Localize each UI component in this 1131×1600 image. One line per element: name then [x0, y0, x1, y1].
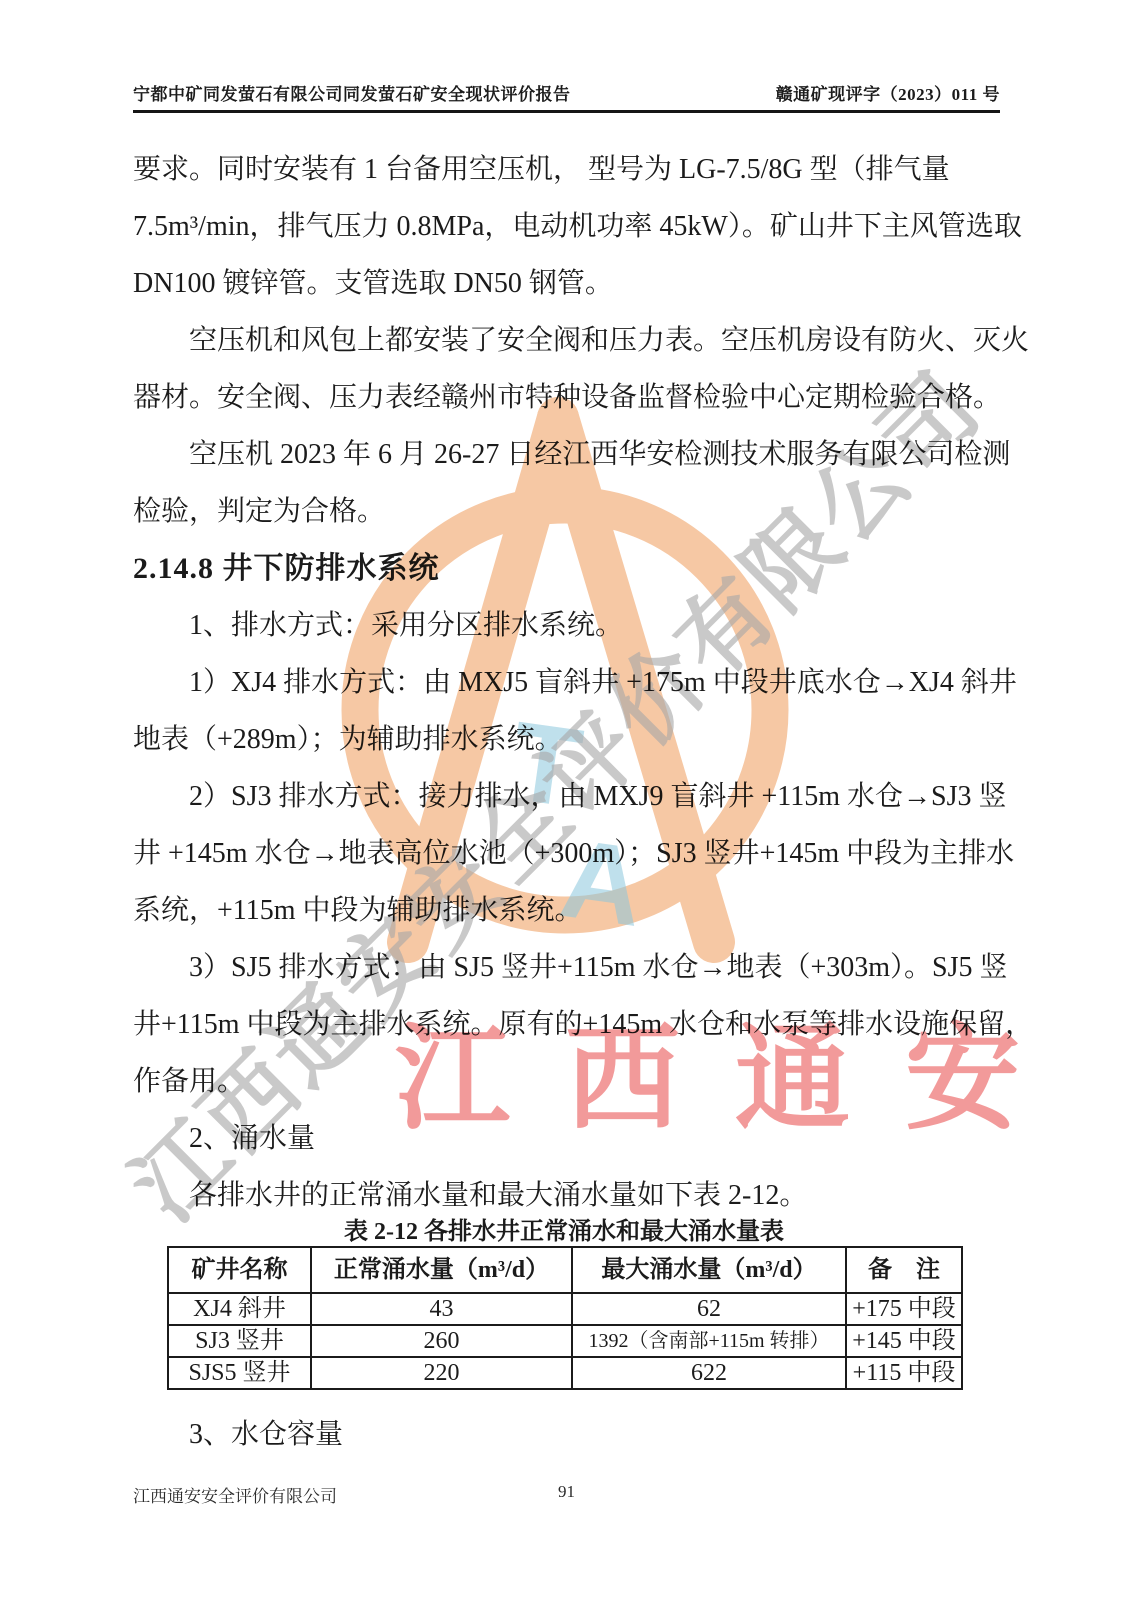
table-cell: 62 [572, 1293, 846, 1325]
text-line: 各排水井的正常涌水量和最大涌水量如下表 2-12。 [133, 1167, 1000, 1224]
document-body: 要求。同时安装有 1 台备用空压机， 型号为 LG-7.5/8G 型（排气量7.… [133, 141, 1000, 1463]
table-body: XJ4 斜井4362+175 中段SJ3 竖井2601392（含南部+115m … [168, 1293, 962, 1389]
table-cell: 622 [572, 1357, 846, 1389]
table-header-row: 矿井名称正常涌水量（m³/d）最大涌水量（m³/d）备 注 [168, 1247, 962, 1293]
table-cell: +145 中段 [846, 1325, 962, 1357]
text-line: 地表（+289m）；为辅助排水系统。 [133, 711, 1000, 768]
body-blocks: 要求。同时安装有 1 台备用空压机， 型号为 LG-7.5/8G 型（排气量7.… [133, 141, 1000, 1224]
table-cell: 1392（含南部+115m 转排） [572, 1325, 846, 1357]
table-cell: 260 [311, 1325, 572, 1357]
table-cell: SJ3 竖井 [168, 1325, 311, 1357]
text-line: 检验，判定为合格。 [133, 483, 1000, 540]
text-line: 井+115m 中段为主排水系统。原有的+145m 水仓和水泵等排水设施保留， [133, 996, 1000, 1053]
table-header-cell: 最大涌水量（m³/d） [572, 1247, 846, 1293]
inflow-table: 矿井名称正常涌水量（m³/d）最大涌水量（m³/d）备 注 XJ4 斜井4362… [167, 1246, 963, 1390]
text-line: 器材。安全阀、压力表经赣州市特种设备监督检验中心定期检验合格。 [133, 369, 1000, 426]
text-line: 3、水仓容量 [133, 1406, 1000, 1463]
text-line: 7.5m³/min，排气压力 0.8MPa，电动机功率 45kW）。矿山井下主风… [133, 198, 1000, 255]
table-cell: XJ4 斜井 [168, 1293, 311, 1325]
text-line: 1、排水方式：采用分区排水系统。 [133, 597, 1000, 654]
footer-company: 江西通安安全评价有限公司 [133, 1482, 337, 1507]
table-cell: 43 [311, 1293, 572, 1325]
table-cell: SJS5 竖井 [168, 1357, 311, 1389]
header-rule [133, 110, 1000, 113]
header-doc-number: 赣通矿现评字（2023）011 号 [776, 80, 1000, 105]
table-header-cell: 矿井名称 [168, 1247, 311, 1293]
page-header: 宁都中矿同发萤石有限公司同发萤石矿安全现状评价报告 赣通矿现评字（2023）01… [133, 80, 1000, 106]
text-line: 2、涌水量 [133, 1110, 1000, 1167]
text-line: 2）SJ3 排水方式：接力排水，由 MXJ9 盲斜井 +115m 水仓→SJ3 … [133, 768, 1000, 825]
table-row: XJ4 斜井4362+175 中段 [168, 1293, 962, 1325]
text-line: 作备用。 [133, 1053, 1000, 1110]
text-line: 空压机 2023 年 6 月 26-27 日经江西华安检测技术服务有限公司检测 [133, 426, 1000, 483]
text-line: 3）SJ5 排水方式：由 SJ5 竖井+115m 水仓→地表（+303m）。SJ… [133, 939, 1000, 996]
page-footer: 江西通安安全评价有限公司 91 [133, 1482, 1000, 1506]
table-row: SJ3 竖井2601392（含南部+115m 转排）+145 中段 [168, 1325, 962, 1357]
table-header-cell: 正常涌水量（m³/d） [311, 1247, 572, 1293]
section-heading: 2.14.8 井下防排水系统 [133, 540, 1000, 597]
table-cell: +175 中段 [846, 1293, 962, 1325]
text-line: 井 +145m 水仓→地表高位水池（+300m）；SJ3 竖井+145m 中段为… [133, 825, 1000, 882]
body-blocks-after-table: 3、水仓容量 [133, 1406, 1000, 1463]
text-line: 要求。同时安装有 1 台备用空压机， 型号为 LG-7.5/8G 型（排气量 [133, 141, 1000, 198]
table-row: SJS5 竖井220622+115 中段 [168, 1357, 962, 1389]
text-line: DN100 镀锌管。支管选取 DN50 钢管。 [133, 255, 1000, 312]
table-cell: +115 中段 [846, 1357, 962, 1389]
document-page: 宁都中矿同发萤石有限公司同发萤石矿安全现状评价报告 赣通矿现评字（2023）01… [0, 0, 1131, 1600]
header-report-title: 宁都中矿同发萤石有限公司同发萤石矿安全现状评价报告 [133, 80, 571, 105]
table-header-cell: 备 注 [846, 1247, 962, 1293]
text-line: 系统，+115m 中段为辅助排水系统。 [133, 882, 1000, 939]
table-cell: 220 [311, 1357, 572, 1389]
text-line: 空压机和风包上都安装了安全阀和压力表。空压机房设有防火、灭火 [133, 312, 1000, 369]
footer-page-number: 91 [558, 1482, 575, 1502]
text-line: 1）XJ4 排水方式：由 MXJ5 盲斜井 +175m 中段井底水仓→XJ4 斜… [133, 654, 1000, 711]
